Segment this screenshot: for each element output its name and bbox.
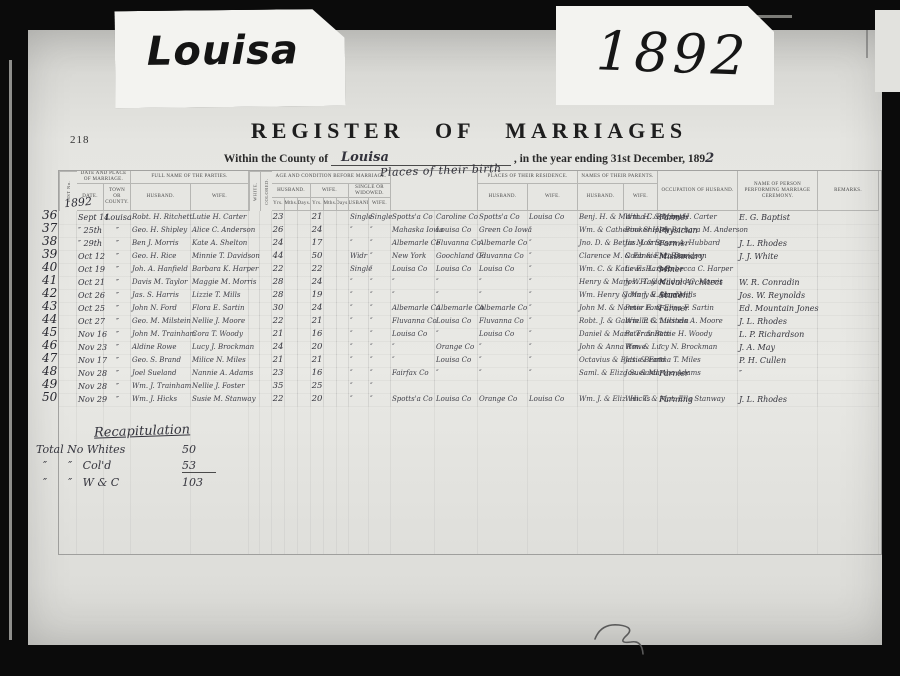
- cell-list-no: 42: [59, 289, 77, 303]
- col-group-parents: NAMES OF THEIR PARENTS.: [578, 171, 658, 184]
- cell-birthplace-husband: New York: [391, 250, 435, 264]
- cell-wife-name: Nellie J. Foster: [191, 380, 249, 394]
- col-header-remarks: REMARKS.: [818, 171, 879, 211]
- year-label-card: 1892: [556, 6, 774, 105]
- cell-wife-name: Flora E. Sartin: [191, 302, 249, 316]
- cell-residence-wife: ″: [528, 328, 578, 342]
- cell-husband-name: Aldine Rowe: [131, 341, 191, 355]
- cell-birthplace-wife: Louisa Co: [435, 354, 478, 368]
- cell-white: [249, 237, 260, 251]
- cell-parents-husband: [578, 380, 624, 394]
- register-row: 44 Oct 27 ″ Geo. M. Milstein Nellie J. M…: [59, 315, 881, 328]
- cell-age-wife-days: [337, 315, 349, 329]
- col-header-husband-name: HUSBAND.: [131, 184, 191, 211]
- cell-parents-wife: Wm. & Lucy N. Brockman: [624, 341, 658, 355]
- cell-date: Nov 16: [77, 328, 104, 342]
- cell-residence-wife: ″: [528, 224, 578, 238]
- cell-wife-name: Nellie J. Moore: [191, 315, 249, 329]
- cell-residence-wife: ″: [528, 341, 578, 355]
- cell-birthplace-husband: Louisa Co: [391, 263, 435, 277]
- cell-age-husband-mths: [285, 367, 298, 381]
- cell-minister: Jos. W. Reynolds: [738, 289, 818, 303]
- cell-remarks: [818, 354, 879, 368]
- cell-age-wife-mths: [324, 341, 337, 355]
- cell-age-wife-yrs: 21: [311, 354, 324, 368]
- cell-colored: [260, 380, 272, 394]
- cell-list-no: 47: [59, 354, 77, 368]
- cell-condition-wife: ″: [369, 393, 391, 407]
- cell-age-husband-mths: [285, 224, 298, 238]
- cell-remarks: [818, 328, 879, 342]
- cell-age-wife-days: [337, 224, 349, 238]
- cell-residence-husband: ″: [478, 354, 528, 368]
- cell-birthplace-wife: Louisa Co: [435, 393, 478, 407]
- cell-age-husband-yrs: 22: [272, 393, 285, 407]
- cell-date: ″ 29th: [77, 237, 104, 251]
- register-row: 40 Oct 19 ″ Joh. A. Hanfield Barbara K. …: [59, 263, 881, 276]
- register-row: 45 Nov 16 ″ John M. Trainham Cora T. Woo…: [59, 328, 881, 341]
- cell-birthplace-husband: ″: [391, 276, 435, 290]
- cell-wife-name: Minnie T. Davidson: [191, 250, 249, 264]
- recap-line-colored: ″ ″ Col'd 53: [36, 459, 216, 473]
- cell-parents-wife: Booker H. & Barbara M. Anderson: [624, 224, 658, 238]
- cell-condition-wife: ″: [369, 250, 391, 264]
- cell-parents-wife: Wm. P. & Lucinda A. Moore: [624, 315, 658, 329]
- cell-age-wife-days: [337, 393, 349, 407]
- cell-condition-husband: ″: [349, 328, 369, 342]
- cell-residence-wife: ″: [528, 367, 578, 381]
- cell-age-husband-mths: [285, 250, 298, 264]
- cell-birthplace-wife: Fluvanna Co: [435, 237, 478, 251]
- cell-occupation: Farmer: [658, 237, 738, 251]
- cell-birthplace-husband: ″: [391, 289, 435, 303]
- register-row: 39 Oct 12 ″ Geo. H. Rice Minnie T. David…: [59, 250, 881, 263]
- col-header-mths: Mths.: [285, 198, 298, 211]
- cell-age-husband-days: [298, 367, 311, 381]
- cell-colored: [260, 289, 272, 303]
- cell-town: ″: [104, 315, 131, 329]
- cell-age-husband-mths: [285, 263, 298, 277]
- col-header-wife-name: WIFE.: [191, 184, 249, 211]
- cell-age-wife-days: [337, 263, 349, 277]
- cell-condition-husband: ″: [349, 380, 369, 394]
- cell-condition-wife: ″: [369, 289, 391, 303]
- cell-occupation: [658, 380, 738, 394]
- cell-age-wife-yrs: 20: [311, 341, 324, 355]
- cell-remarks: [818, 237, 879, 251]
- year-card-text: 1892: [595, 19, 751, 87]
- year-digit-handwritten: 2: [705, 151, 714, 166]
- cell-age-wife-mths: [324, 328, 337, 342]
- recap-heading: Recapitulation: [94, 422, 191, 440]
- cell-list-no: 43: [59, 302, 77, 316]
- cell-birthplace-husband: Albemarle Co: [391, 237, 435, 251]
- cell-remarks: [818, 263, 879, 277]
- cell-age-husband-yrs: 26: [272, 224, 285, 238]
- cell-list-no: 38: [59, 237, 77, 251]
- cell-age-wife-yrs: 22: [311, 263, 324, 277]
- cell-condition-husband: ″: [349, 276, 369, 290]
- col-header-yrs: Yrs.: [311, 198, 324, 211]
- cell-parents-husband: Jno. D. & Bettie Morris: [578, 237, 624, 251]
- col-group-date-place: DATE AND PLACE OF MARRIAGE.: [77, 171, 131, 184]
- cell-white: [249, 367, 260, 381]
- cell-condition-husband: ″: [349, 302, 369, 316]
- cell-town: ″: [104, 393, 131, 407]
- cell-birthplace-husband: Fluvanna Co: [391, 315, 435, 329]
- cell-age-husband-days: [298, 263, 311, 277]
- cell-residence-wife: ″: [528, 237, 578, 251]
- cell-town: ″: [104, 380, 131, 394]
- cell-occupation: ″: [658, 315, 738, 329]
- cell-colored: [260, 237, 272, 251]
- cell-age-husband-mths: [285, 393, 298, 407]
- cell-condition-wife: ″: [369, 263, 391, 277]
- cell-list-no: 48: [59, 367, 77, 381]
- cell-town: ″: [104, 302, 131, 316]
- register-row: 48 Nov 28 ″ Joel Sueland Nannie A. Adams…: [59, 367, 881, 380]
- col-header-minister: NAME OF PERSON PERFORMING MARRIAGE CEREM…: [738, 171, 818, 211]
- cell-wife-name: Milice N. Miles: [191, 354, 249, 368]
- cell-parents-husband: Saml. & Eliza Sueland: [578, 367, 624, 381]
- register-row: 42 Oct 26 ″ Jas. S. Harris Lizzie T. Mil…: [59, 289, 881, 302]
- cell-residence-wife: ″: [528, 276, 578, 290]
- register-row: 49 Nov 28 ″ Wm. J. Trainham Nellie J. Fo…: [59, 380, 881, 393]
- cell-condition-husband: ″: [349, 315, 369, 329]
- cell-age-wife-mths: [324, 263, 337, 277]
- register-row: 37 ″ 25th ″ Geo. H. Shipley Alice C. And…: [59, 224, 881, 237]
- cell-husband-name: Joh. A. Hanfield: [131, 263, 191, 277]
- cell-age-husband-yrs: 22: [272, 315, 285, 329]
- cell-residence-husband: Spotts'a Co: [478, 211, 528, 225]
- cell-residence-wife: ″: [528, 302, 578, 316]
- col-header-age-wife: WIFE.: [311, 184, 349, 198]
- cell-birthplace-husband: Spotts'a Co: [391, 393, 435, 407]
- col-header-par-husband: HUSBAND.: [578, 184, 624, 211]
- cell-age-husband-days: [298, 328, 311, 342]
- cell-age-wife-yrs: 17: [311, 237, 324, 251]
- cell-age-husband-mths: [285, 354, 298, 368]
- cell-condition-wife: Single: [369, 211, 391, 225]
- cell-husband-name: Wm. J. Hicks: [131, 393, 191, 407]
- cell-birthplace-husband: ″: [391, 341, 435, 355]
- cell-age-husband-days: [298, 302, 311, 316]
- cell-husband-name: Robt. H. Ritchett: [131, 211, 191, 225]
- cell-wife-name: Cora T. Woody: [191, 328, 249, 342]
- cell-birthplace-wife: Louisa Co: [435, 263, 478, 277]
- cell-town: ″: [104, 341, 131, 355]
- cell-age-husband-yrs: 28: [272, 276, 285, 290]
- cell-remarks: [818, 211, 879, 225]
- register-row: 50 Nov 29 ″ Wm. J. Hicks Susie M. Stanwa…: [59, 393, 881, 406]
- cell-birthplace-husband: Albemarle Co: [391, 302, 435, 316]
- cell-colored: [260, 354, 272, 368]
- cell-town: ″: [104, 224, 131, 238]
- cell-minister: [738, 224, 818, 238]
- cell-residence-wife: Louisa Co: [528, 211, 578, 225]
- cell-age-husband-yrs: 24: [272, 341, 285, 355]
- cell-list-no: 40: [59, 263, 77, 277]
- cell-condition-husband: ″: [349, 224, 369, 238]
- cell-date: Nov 28: [77, 380, 104, 394]
- cell-birthplace-wife: Goochland Co: [435, 250, 478, 264]
- register-row: 46 Nov 23 ″ Aldine Rowe Lucy J. Brockman…: [59, 341, 881, 354]
- cell-white: [249, 302, 260, 316]
- table-header: LIST No. DATE AND PLACE OF MARRIAGE. FUL…: [59, 171, 881, 211]
- recap-value: 53: [182, 459, 216, 473]
- register-table: LIST No. DATE AND PLACE OF MARRIAGE. FUL…: [58, 170, 882, 555]
- cell-age-wife-days: [337, 341, 349, 355]
- cell-condition-wife: ″: [369, 354, 391, 368]
- cell-residence-wife: ″: [528, 315, 578, 329]
- fold-line: [866, 30, 868, 58]
- cell-parents-wife: Lewis L. & Rebecca C. Harper: [624, 263, 658, 277]
- cell-age-wife-mths: [324, 237, 337, 251]
- county-label-card: Louisa: [114, 9, 345, 108]
- cell-condition-husband: ″: [349, 289, 369, 303]
- cell-white: [249, 341, 260, 355]
- cell-colored: [260, 393, 272, 407]
- cell-residence-wife: ″: [528, 289, 578, 303]
- cell-minister: J. A. May: [738, 341, 818, 355]
- cell-age-wife-days: [337, 328, 349, 342]
- cell-age-wife-mths: [324, 224, 337, 238]
- cell-residence-wife: ″: [528, 263, 578, 277]
- cell-condition-husband: Single: [349, 211, 369, 225]
- cell-age-husband-yrs: 21: [272, 354, 285, 368]
- col-header-sw-husband: HUSBAND.: [349, 198, 369, 211]
- cell-age-husband-days: [298, 211, 311, 225]
- cell-age-wife-yrs: 24: [311, 302, 324, 316]
- recap-line-total: ″ ″ W & C 103: [36, 476, 216, 489]
- cell-residence-husband: ″: [478, 276, 528, 290]
- year-annotation: 1892: [63, 195, 92, 210]
- cell-occupation: ″: [658, 354, 738, 368]
- cell-condition-husband: ″: [349, 393, 369, 407]
- cell-age-wife-mths: [324, 211, 337, 225]
- cell-white: [249, 380, 260, 394]
- cell-birthplace-wife: ″: [435, 276, 478, 290]
- recap-label: ″ ″ Col'd: [36, 459, 111, 473]
- cell-age-wife-mths: [324, 289, 337, 303]
- col-header-occupation: OCCUPATION OF HUSBAND.: [658, 171, 738, 211]
- cell-husband-name: Geo. H. Rice: [131, 250, 191, 264]
- cell-parents-husband: Clarence M. & Fannie M. Rice: [578, 250, 624, 264]
- cell-husband-name: John N. Ford: [131, 302, 191, 316]
- cell-date: ″ 25th: [77, 224, 104, 238]
- cell-condition-wife: ″: [369, 237, 391, 251]
- cell-remarks: [818, 224, 879, 238]
- cell-residence-husband: Fluvanna Co: [478, 250, 528, 264]
- cell-town: ″: [104, 237, 131, 251]
- cell-wife-name: Nannie A. Adams: [191, 367, 249, 381]
- col-group-names: FULL NAME OF THE PARTIES.: [131, 171, 249, 184]
- cell-parents-wife: [624, 380, 658, 394]
- cell-list-no: 46: [59, 341, 77, 355]
- cell-birthplace-wife: ″: [435, 328, 478, 342]
- page-edge-sliver: [9, 60, 12, 640]
- cell-white: [249, 263, 260, 277]
- cell-age-wife-days: [337, 250, 349, 264]
- cell-condition-wife: ″: [369, 380, 391, 394]
- cell-parents-wife: Jas. J. & Susan A. Hubbard: [624, 237, 658, 251]
- cell-husband-name: Ben J. Morris: [131, 237, 191, 251]
- cell-age-husband-yrs: 44: [272, 250, 285, 264]
- cell-husband-name: Joel Sueland: [131, 367, 191, 381]
- cell-date: Oct 21: [77, 276, 104, 290]
- cell-birthplace-husband: Louisa Co: [391, 328, 435, 342]
- county-card-text: Louisa: [147, 27, 299, 75]
- cell-colored: [260, 315, 272, 329]
- recap-value: 50: [182, 443, 216, 456]
- cell-colored: [260, 224, 272, 238]
- cell-age-husband-yrs: 28: [272, 289, 285, 303]
- register-row: 36 Sept 14 Louisa Robt. H. Ritchett Luti…: [59, 211, 881, 224]
- cell-age-husband-days: [298, 289, 311, 303]
- cell-minister: J. L. Rhodes: [738, 315, 818, 329]
- cell-white: [249, 211, 260, 225]
- cell-parents-wife: Jos. H. & Mildred C. Morris: [624, 276, 658, 290]
- cell-town: ″: [104, 250, 131, 264]
- cell-birthplace-wife: Caroline Co: [435, 211, 478, 225]
- cell-age-husband-yrs: 22: [272, 263, 285, 277]
- cell-minister: J. J. White: [738, 250, 818, 264]
- cell-list-no: 41: [59, 276, 77, 290]
- cell-age-wife-days: [337, 380, 349, 394]
- cell-parents-wife: Wm. H. & Mary H. Carter: [624, 211, 658, 225]
- cell-date: Nov 29: [77, 393, 104, 407]
- cell-white: [249, 250, 260, 264]
- cell-date: Oct 25: [77, 302, 104, 316]
- col-header-res-wife: WIFE.: [528, 184, 578, 211]
- cell-date: Oct 26: [77, 289, 104, 303]
- cell-birthplace-wife: ″: [435, 367, 478, 381]
- cell-age-husband-mths: [285, 315, 298, 329]
- cell-age-wife-days: [337, 289, 349, 303]
- cell-age-wife-yrs: 24: [311, 224, 324, 238]
- cell-age-husband-mths: [285, 289, 298, 303]
- cell-age-wife-days: [337, 237, 349, 251]
- cell-parents-wife: Jas. & Emma T. Miles: [624, 354, 658, 368]
- cell-town: ″: [104, 367, 131, 381]
- cell-parents-husband: Daniel & Maria Trainham: [578, 328, 624, 342]
- recap-label: ″ ″ W & C: [36, 476, 119, 489]
- cell-age-wife-mths: [324, 354, 337, 368]
- cell-remarks: [818, 380, 879, 394]
- cell-residence-wife: Louisa Co: [528, 393, 578, 407]
- cell-birthplace-husband: [391, 380, 435, 394]
- cell-age-husband-days: [298, 393, 311, 407]
- cell-residence-husband: Louisa Co: [478, 328, 528, 342]
- register-page: 218 REGISTER OF MARRIAGES Within the Cou…: [28, 30, 882, 645]
- cell-wife-name: Lucy J. Brockman: [191, 341, 249, 355]
- cell-age-wife-mths: [324, 393, 337, 407]
- cell-list-no: 45: [59, 328, 77, 342]
- cell-birthplace-husband: Fairfax Co: [391, 367, 435, 381]
- cell-parents-husband: Wm. Henry & Mary E. Harris: [578, 289, 624, 303]
- cell-residence-wife: [528, 380, 578, 394]
- cell-age-husband-yrs: 30: [272, 302, 285, 316]
- cell-age-husband-mths: [285, 302, 298, 316]
- cell-wife-name: Maggie M. Morris: [191, 276, 249, 290]
- col-group-age-condition: AGE AND CONDITION BEFORE MARRIAGE.: [272, 171, 391, 184]
- recapitulation-section: Recapitulation Total No Whites 50 ″ ″ Co…: [36, 422, 266, 489]
- cell-age-wife-mths: [324, 367, 337, 381]
- cell-remarks: [818, 250, 879, 264]
- cell-age-wife-mths: [324, 250, 337, 264]
- cell-age-wife-yrs: 19: [311, 289, 324, 303]
- cell-occupation: Farmer: [658, 211, 738, 225]
- cell-age-husband-days: [298, 276, 311, 290]
- cell-age-wife-yrs: 21: [311, 211, 324, 225]
- cell-occupation: Missionary: [658, 250, 738, 264]
- cell-minister: W. R. Conradin: [738, 276, 818, 290]
- cell-age-husband-days: [298, 315, 311, 329]
- cell-white: [249, 289, 260, 303]
- cell-minister: [738, 263, 818, 277]
- recap-line-whites: Total No Whites 50: [36, 443, 216, 456]
- cell-condition-husband: ″: [349, 237, 369, 251]
- cell-minister: [738, 380, 818, 394]
- cell-condition-husband: ″: [349, 367, 369, 381]
- table-body: 36 Sept 14 Louisa Robt. H. Ritchett Luti…: [59, 211, 881, 406]
- cell-occupation: Miner: [658, 263, 738, 277]
- cell-age-husband-yrs: 35: [272, 380, 285, 394]
- cell-age-wife-mths: [324, 380, 337, 394]
- cell-age-wife-mths: [324, 276, 337, 290]
- cell-parents-wife: Peter & Bettie H. Woody: [624, 328, 658, 342]
- cell-white: [249, 354, 260, 368]
- cell-colored: [260, 341, 272, 355]
- cell-residence-wife: ″: [528, 354, 578, 368]
- cell-age-husband-yrs: 23: [272, 367, 285, 381]
- cell-white: [249, 276, 260, 290]
- col-header-white: WHITE.: [249, 171, 260, 211]
- cell-condition-wife: ″: [369, 276, 391, 290]
- cell-minister: L. P. Richardson: [738, 328, 818, 342]
- cell-white: [249, 315, 260, 329]
- cell-birthplace-husband: ″: [391, 354, 435, 368]
- cell-age-husband-days: [298, 224, 311, 238]
- cell-age-wife-yrs: 16: [311, 328, 324, 342]
- cell-age-husband-days: [298, 341, 311, 355]
- cell-town: ″: [104, 263, 131, 277]
- subtitle-prefix: Within the County of: [224, 153, 328, 165]
- cell-town: ″: [104, 354, 131, 368]
- page-edge-tab: [875, 10, 900, 92]
- cell-remarks: [818, 276, 879, 290]
- cell-age-husband-mths: [285, 341, 298, 355]
- cell-residence-wife: ″: [528, 250, 578, 264]
- cell-town: ″: [104, 289, 131, 303]
- cell-age-wife-days: [337, 302, 349, 316]
- cell-date: Nov 23: [77, 341, 104, 355]
- cell-minister: ″: [738, 367, 818, 381]
- county-handwritten: Louisa: [341, 150, 389, 165]
- cell-wife-name: Alice C. Anderson: [191, 224, 249, 238]
- cell-age-husband-mths: [285, 237, 298, 251]
- cell-town: ″: [104, 276, 131, 290]
- cell-husband-name: Geo. M. Milstein: [131, 315, 191, 329]
- col-header-days: Days.: [337, 198, 349, 211]
- recap-value: 103: [182, 476, 216, 489]
- cell-age-wife-days: [337, 367, 349, 381]
- cell-wife-name: Susie M. Stanway: [191, 393, 249, 407]
- cell-date: Sept 14: [77, 211, 104, 225]
- cell-minister: E. G. Baptist: [738, 211, 818, 225]
- recap-label: Total No Whites: [36, 443, 125, 456]
- cell-date: Oct 12: [77, 250, 104, 264]
